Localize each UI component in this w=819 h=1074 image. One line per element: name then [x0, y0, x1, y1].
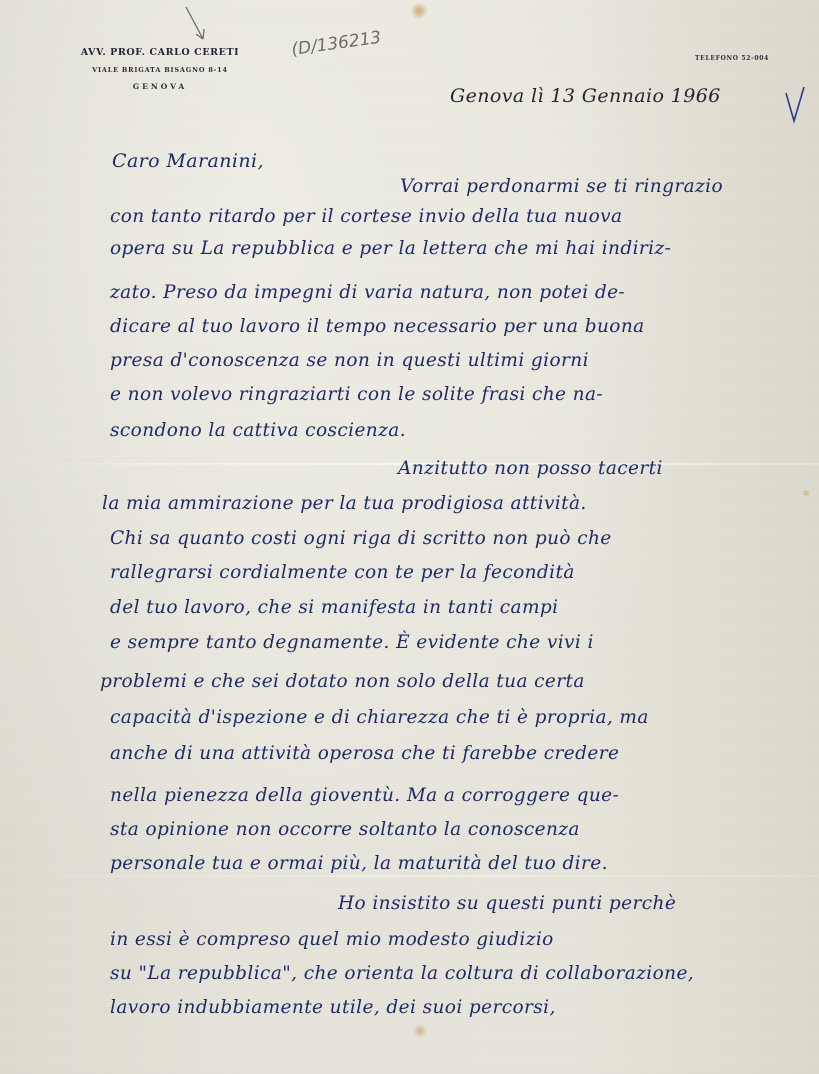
handwritten-line: opera su La repubblica e per la lettera … — [110, 238, 671, 259]
date-line: Genova lì 13 Gennaio 1966 — [450, 85, 721, 107]
handwritten-line: problemi e che sei dotato non solo della… — [100, 671, 585, 692]
foxing-stain — [800, 490, 812, 496]
handwritten-line: Ho insistito su questi punti perchè — [338, 893, 676, 914]
letterhead-phone: TELEFONO 52-004 — [695, 55, 769, 62]
pencil-arrow-icon — [182, 5, 212, 45]
foxing-stain — [412, 1024, 428, 1038]
handwritten-line: in essi è compreso quel mio modesto giud… — [110, 929, 554, 950]
handwritten-line: sta opinione non occorre soltanto la con… — [110, 819, 580, 840]
salutation: Caro Maranini, — [112, 150, 264, 172]
handwritten-line: rallegrarsi cordialmente con te per la f… — [110, 562, 575, 583]
handwritten-line: con tanto ritardo per il cortese invio d… — [110, 206, 622, 227]
foxing-stain — [410, 2, 428, 20]
blue-check-icon — [784, 85, 808, 127]
handwritten-line: capacità d'ispezione e di chiarezza che … — [110, 707, 649, 728]
handwritten-line: dicare al tuo lavoro il tempo necessario… — [110, 316, 645, 337]
handwritten-line: anche di una attività operosa che ti far… — [110, 743, 619, 764]
handwritten-line: e non volevo ringraziarti con le solite … — [110, 384, 603, 405]
handwritten-line: Vorrai perdonarmi se ti ringrazio — [400, 176, 723, 197]
handwritten-line: lavoro indubbiamente utile, dei suoi per… — [110, 997, 556, 1018]
handwritten-line: scondono la cattiva coscienza. — [110, 420, 406, 441]
handwritten-line: del tuo lavoro, che si manifesta in tant… — [110, 597, 558, 618]
letterhead-address: VIALE BRIGATA BISAGNO 8-14 — [55, 66, 265, 74]
handwritten-line: presa d'conoscenza se non in questi ulti… — [110, 350, 589, 371]
handwritten-line: e sempre tanto degnamente. È evidente ch… — [110, 632, 594, 653]
handwritten-line: personale tua e ormai più, la maturità d… — [110, 853, 608, 874]
paper-crease — [0, 875, 819, 877]
letterhead-name: AVV. PROF. CARLO CERETI — [55, 47, 265, 58]
handwritten-line: su "La repubblica", che orienta la coltu… — [110, 963, 694, 984]
handwritten-line: Anzitutto non posso tacerti — [398, 458, 663, 479]
handwritten-line: nella pienezza della gioventù. Ma a corr… — [110, 785, 619, 806]
handwritten-line: Chi sa quanto costi ogni riga di scritto… — [110, 528, 612, 549]
handwritten-line: zato. Preso da impegni di varia natura, … — [110, 282, 625, 303]
letterhead-city: GENOVA — [55, 82, 265, 91]
handwritten-line: la mia ammirazione per la tua prodigiosa… — [102, 493, 587, 514]
